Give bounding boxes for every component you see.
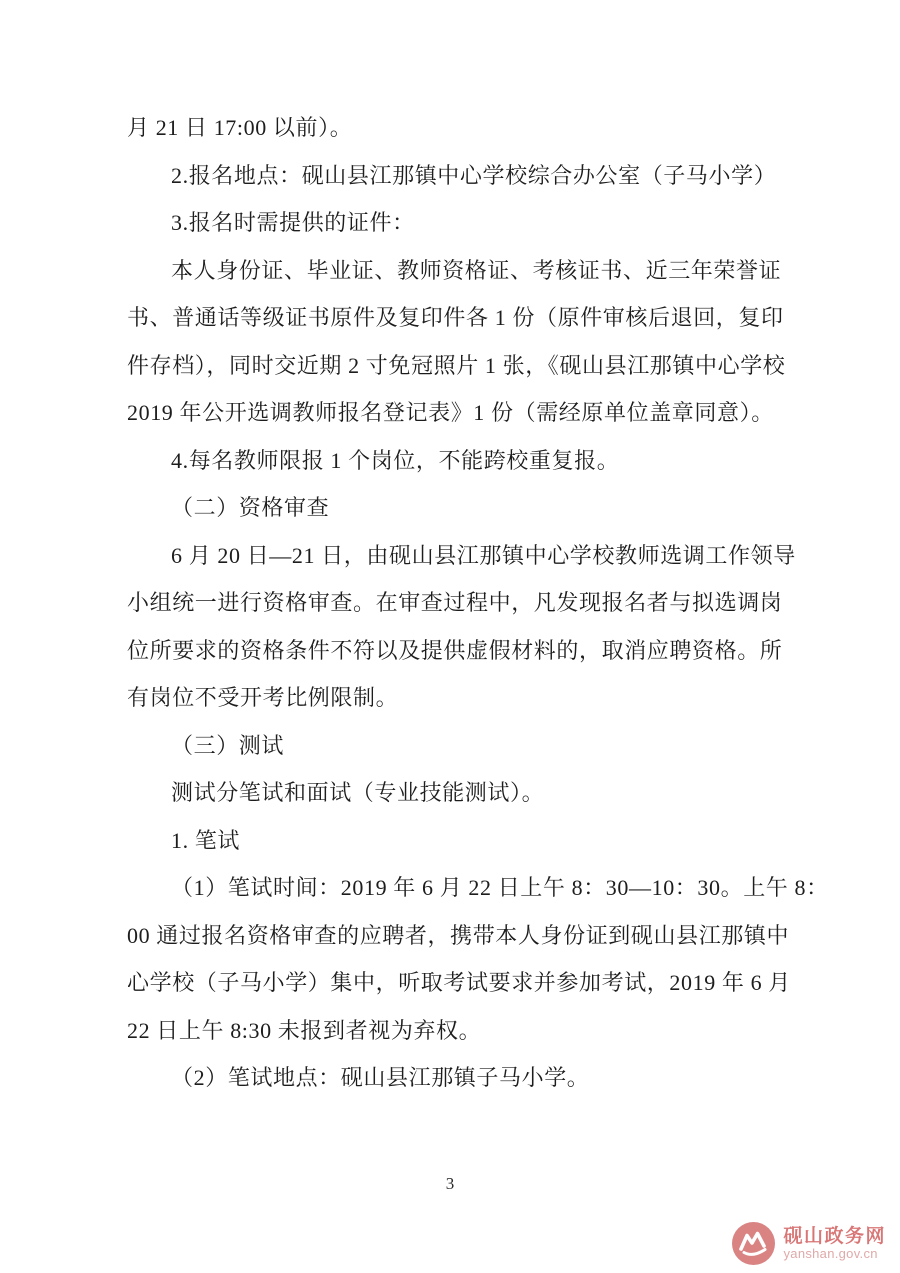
text-line: 心学校（子马小学）集中，听取考试要求并参加考试，2019 年 6 月 bbox=[127, 959, 808, 1007]
text-line: 3.报名时需提供的证件： bbox=[127, 199, 808, 247]
text-line: 测试分笔试和面试（专业技能测试）。 bbox=[127, 769, 808, 817]
text-line: 月 21 日 17:00 以前）。 bbox=[127, 104, 808, 152]
text-line: 2019 年公开选调教师报名登记表》1 份（需经原单位盖章同意）。 bbox=[127, 389, 808, 437]
text-line: （2）笔试地点：砚山县江那镇子马小学。 bbox=[127, 1054, 808, 1102]
text-line: 位所要求的资格条件不符以及提供虚假材料的，取消应聘资格。所 bbox=[127, 627, 808, 675]
text-line: （二）资格审查 bbox=[127, 484, 808, 532]
text-line: 有岗位不受开考比例限制。 bbox=[127, 674, 808, 722]
watermark-site-name: 砚山政务网 bbox=[783, 1226, 886, 1247]
text-line: 6 月 20 日—21 日，由砚山县江那镇中心学校教师选调工作领导 bbox=[127, 532, 808, 580]
text-line: 4.每名教师限报 1 个岗位，不能跨校重复报。 bbox=[127, 437, 808, 485]
mountain-m-icon bbox=[732, 1222, 775, 1265]
page-number: 3 bbox=[0, 1174, 900, 1194]
text-line: 00 通过报名资格审查的应聘者，携带本人身份证到砚山县江那镇中 bbox=[127, 912, 808, 960]
text-line: 小组统一进行资格审查。在审查过程中，凡发现报名者与拟选调岗 bbox=[127, 579, 808, 627]
text-line: 1. 笔试 bbox=[127, 817, 808, 865]
watermark-text: 砚山政务网 yanshan.gov.cn bbox=[783, 1226, 886, 1261]
text-line: （三）测试 bbox=[127, 722, 808, 770]
text-line: 22 日上午 8:30 未报到者视为弃权。 bbox=[127, 1007, 808, 1055]
watermark-site-url: yanshan.gov.cn bbox=[783, 1247, 886, 1261]
yanshan-gov-watermark: 砚山政务网 yanshan.gov.cn bbox=[732, 1222, 886, 1265]
text-line: 件存档），同时交近期 2 寸免冠照片 1 张，《砚山县江那镇中心学校 bbox=[127, 342, 808, 390]
document-page: 月 21 日 17:00 以前）。2.报名地点：砚山县江那镇中心学校综合办公室（… bbox=[0, 0, 900, 1273]
text-line: （1）笔试时间：2019 年 6 月 22 日上午 8：30—10：30。上午 … bbox=[127, 864, 808, 912]
text-line: 2.报名地点：砚山县江那镇中心学校综合办公室（子马小学） bbox=[127, 152, 808, 200]
text-line: 本人身份证、毕业证、教师资格证、考核证书、近三年荣誉证 bbox=[127, 247, 808, 295]
text-line: 书、普通话等级证书原件及复印件各 1 份（原件审核后退回，复印 bbox=[127, 294, 808, 342]
document-body: 月 21 日 17:00 以前）。2.报名地点：砚山县江那镇中心学校综合办公室（… bbox=[127, 104, 808, 1102]
